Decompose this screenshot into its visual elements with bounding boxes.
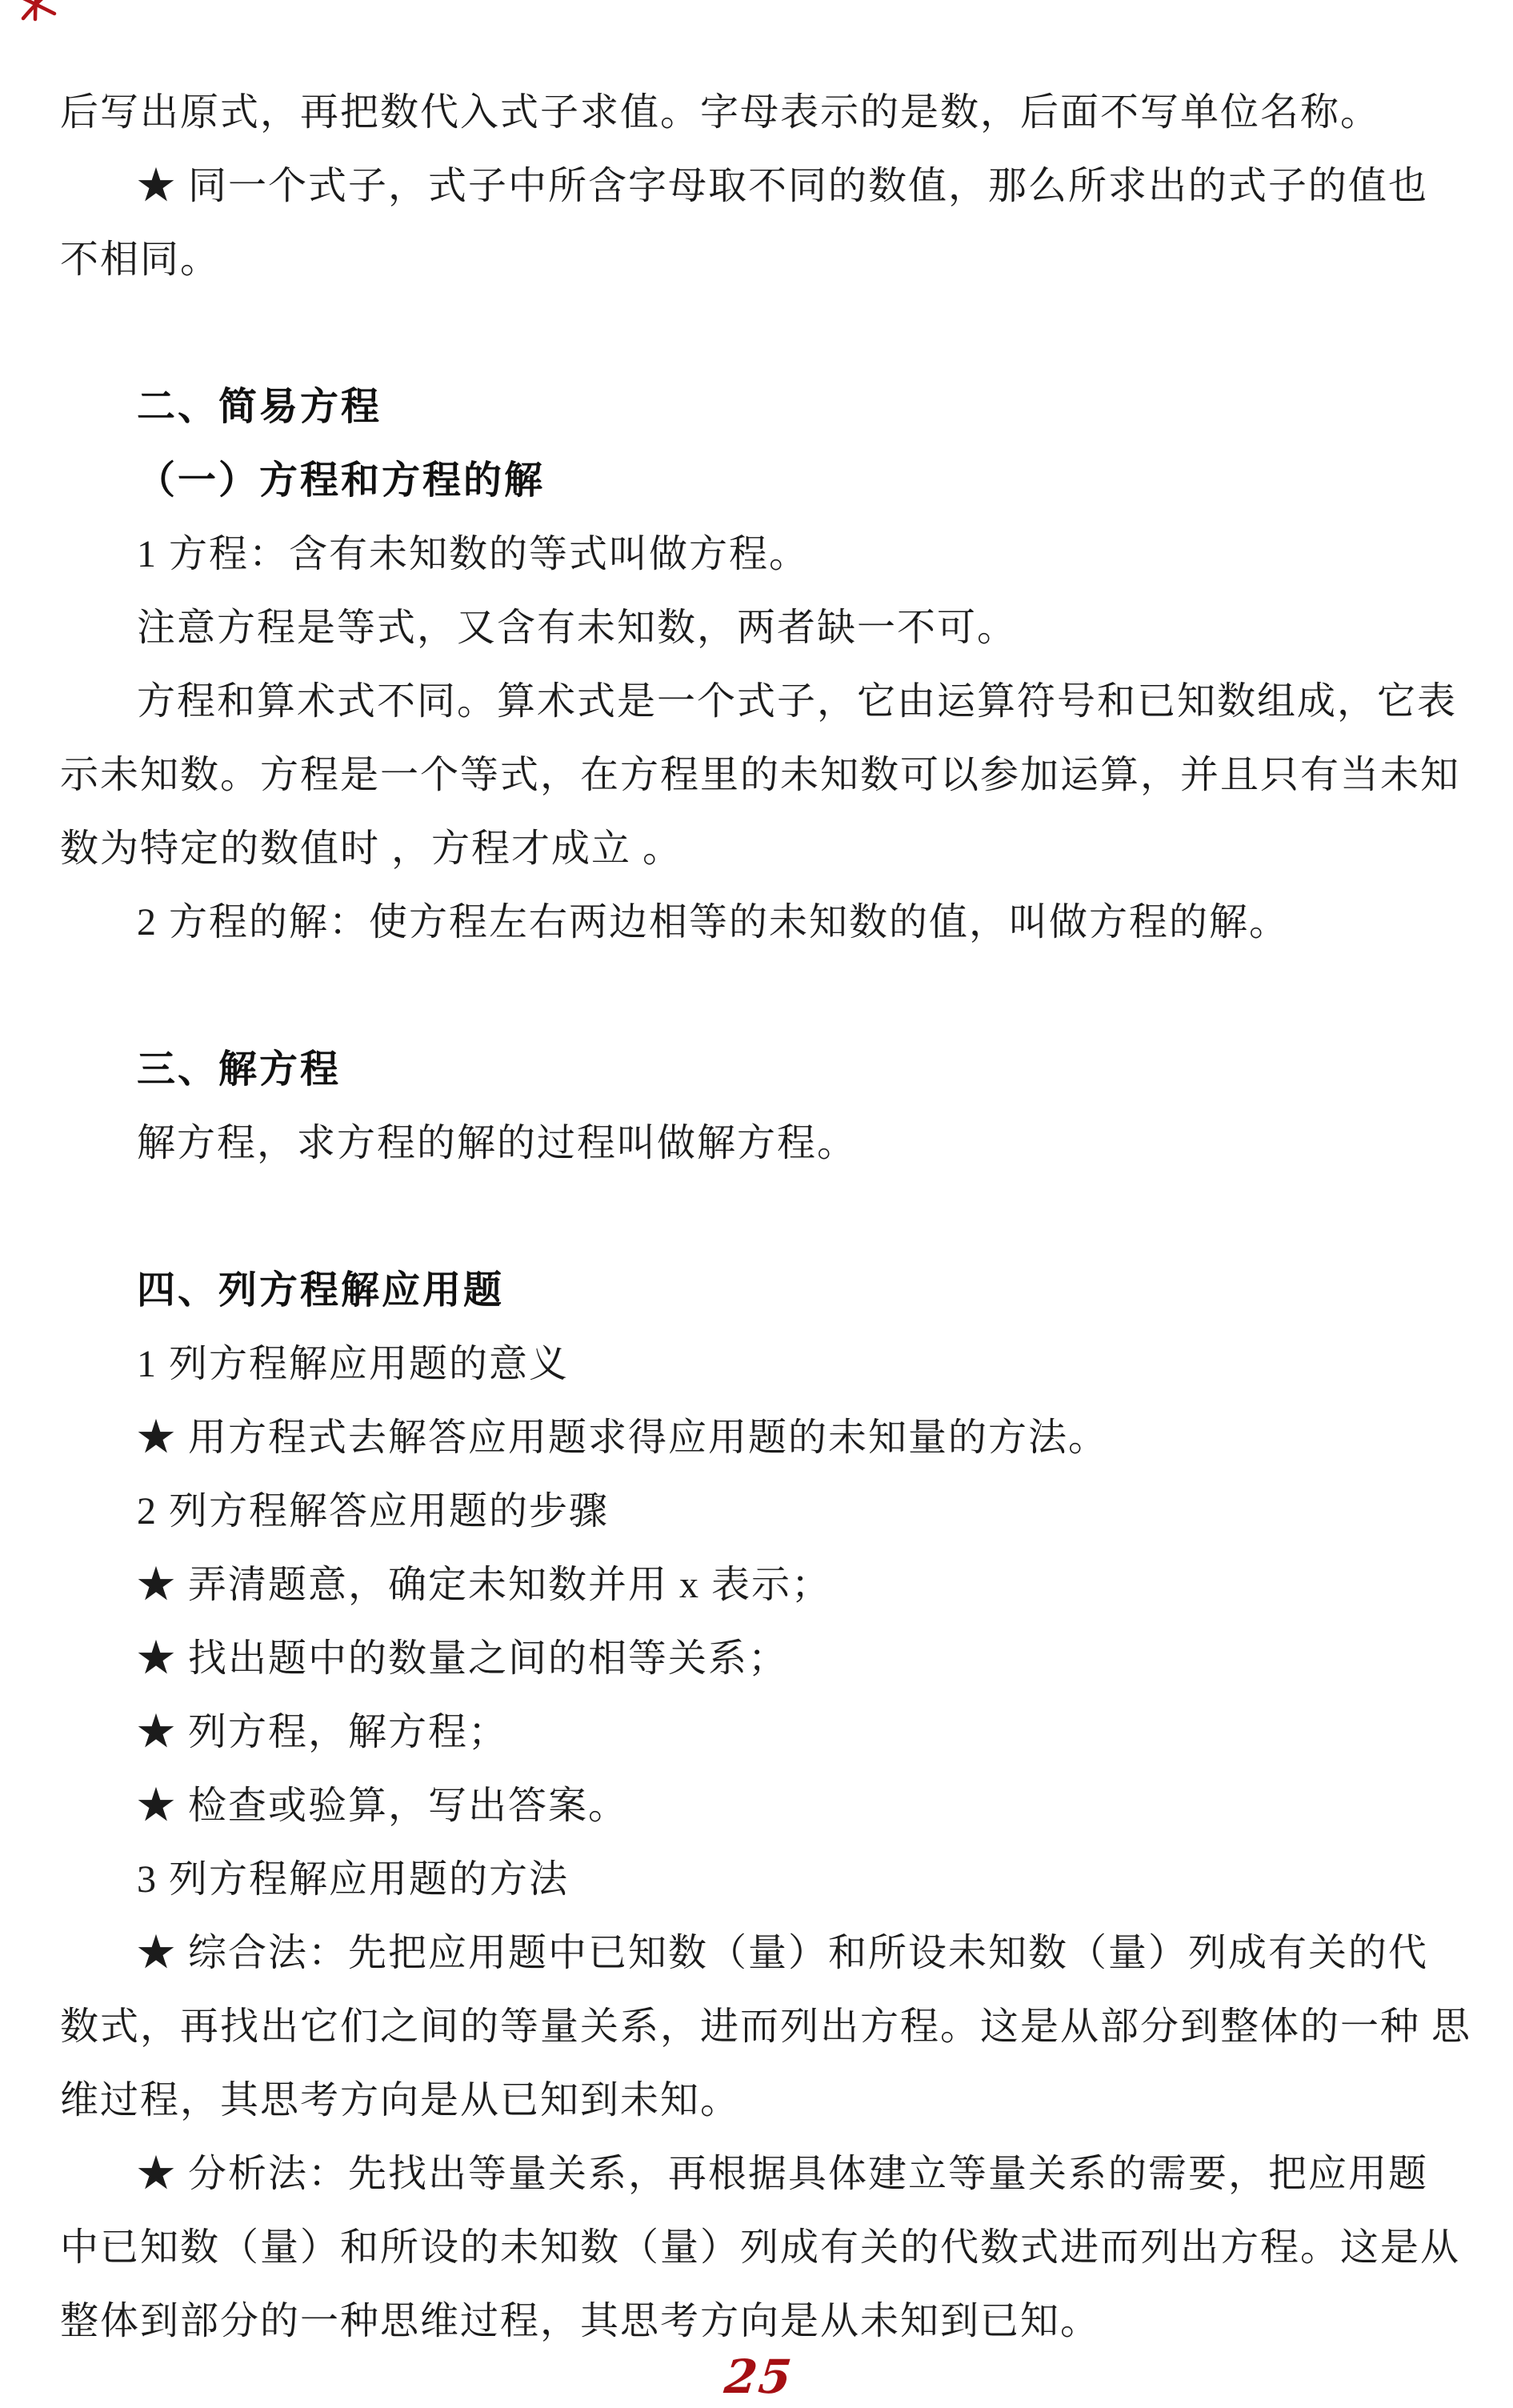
text-line: 1 列方程解应用题的意义 xyxy=(60,1328,1457,1401)
text-line: 2 列方程解答应用题的步骤 xyxy=(60,1475,1457,1549)
heading-line: （一）方程和方程的解 xyxy=(60,444,1457,518)
text-line: ★ 用方程式去解答应用题求得应用题的未知量的方法。 xyxy=(60,1401,1457,1475)
text-line: 维过程，其思考方向是从已知到未知。 xyxy=(60,2064,1457,2138)
text-line: ★ 弄清题意，确定未知数并用 x 表示； xyxy=(60,1549,1457,1622)
document-text-block: 后写出原式，再把数代入式子求值。字母表示的是数，后面不写单位名称。★ 同一个式子… xyxy=(60,76,1457,2358)
text-line: ★ 检查或验算，写出答案。 xyxy=(60,1769,1457,1843)
heading-line: 四、列方程解应用题 xyxy=(60,1254,1457,1328)
text-line: ★ 找出题中的数量之间的相等关系； xyxy=(60,1622,1457,1696)
text-line: 数式，再找出它们之间的等量关系，进而列出方程。这是从部分到整体的一种 思 xyxy=(60,1990,1457,2064)
red-pen-mark-icon xyxy=(14,0,62,30)
document-page: 后写出原式，再把数代入式子求值。字母表示的是数，后面不写单位名称。★ 同一个式子… xyxy=(0,0,1513,2408)
page-number: 25 xyxy=(722,2350,795,2404)
blank-line xyxy=(60,1180,1457,1254)
text-line: 后写出原式，再把数代入式子求值。字母表示的是数，后面不写单位名称。 xyxy=(60,76,1457,150)
text-line: 解方程，求方程的解的过程叫做解方程。 xyxy=(60,1107,1457,1180)
text-line: ★ 同一个式子，式子中所含字母取不同的数值，那么所求出的式子的值也 xyxy=(60,150,1457,223)
text-line: 注意方程是等式，又含有未知数，两者缺一不可。 xyxy=(60,591,1457,665)
blank-line xyxy=(60,297,1457,371)
text-line: ★ 分析法：先找出等量关系，再根据具体建立等量关系的需要，把应用题 xyxy=(60,2138,1457,2211)
text-line: 中已知数（量）和所设的未知数（量）列成有关的代数式进而列出方程。这是从 xyxy=(60,2211,1457,2285)
text-line: ★ 列方程，解方程； xyxy=(60,1696,1457,1769)
text-line: 不相同。 xyxy=(60,223,1457,297)
text-line: 3 列方程解应用题的方法 xyxy=(60,1843,1457,1917)
text-line: ★ 综合法：先把应用题中已知数（量）和所设未知数（量）列成有关的代 xyxy=(60,1917,1457,1990)
text-line: 示未知数。方程是一个等式，在方程里的未知数可以参加运算，并且只有当未知 xyxy=(60,739,1457,812)
heading-line: 三、解方程 xyxy=(60,1033,1457,1107)
text-line: 方程和算术式不同。算术式是一个式子，它由运算符号和已知数组成，它表 xyxy=(60,665,1457,739)
text-line: 1 方程：含有未知数的等式叫做方程。 xyxy=(60,518,1457,591)
text-line: 2 方程的解：使方程左右两边相等的未知数的值，叫做方程的解。 xyxy=(60,886,1457,960)
text-line: 数为特定的数值时 ，方程才成立 。 xyxy=(60,812,1457,886)
heading-line: 二、简易方程 xyxy=(60,371,1457,444)
blank-line xyxy=(60,960,1457,1033)
text-line: 整体到部分的一种思维过程，其思考方向是从未知到已知。 xyxy=(60,2285,1457,2358)
